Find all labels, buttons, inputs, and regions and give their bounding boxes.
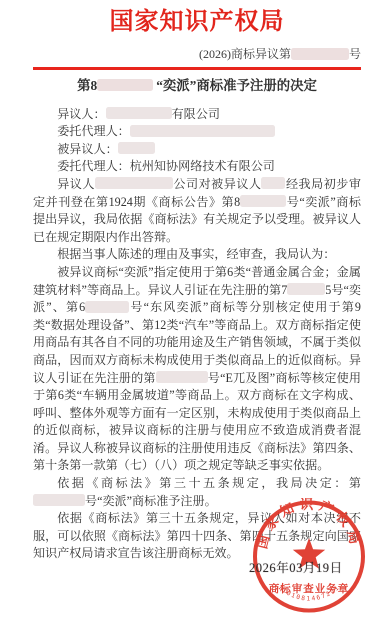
redaction-blur [33, 494, 85, 506]
paragraph: 根据当事人陈述的理由及事实，经审查，我局认为： [33, 246, 361, 264]
text-run: 号“E兀及图”商标等核定使用于第6类“车辆用金属坡道”等商品上。双方商标在文字构… [33, 371, 361, 473]
text-run: 有限公司 [172, 107, 220, 121]
redaction-blur [95, 177, 173, 189]
doc-number: (2026)商标异议第号 [33, 47, 361, 61]
document-content: 国家知识产权局 (2026)商标异议第号 第8“奕派”商标准予注册的决定 异议人… [0, 0, 392, 563]
text-run: 依据《商标法》第三十五条规定，我局决定：第 [57, 476, 361, 490]
text-run: 异议人： [57, 107, 105, 121]
redaction-blur [240, 195, 286, 207]
redaction-blur [118, 142, 155, 154]
text-run: 委托代理人：杭州知协网络技术有限公司 [57, 159, 275, 173]
doc-number-prefix: (2026)商标异议第 [199, 47, 291, 61]
text-run: 公司对被异议人 [173, 177, 262, 191]
text-run: 委托代理人： [57, 124, 130, 138]
redaction-blur [85, 301, 129, 313]
redaction-blur [291, 48, 349, 60]
redaction-blur [130, 125, 275, 137]
decision-title-prefix: 第8 [77, 78, 97, 93]
red-divider [33, 67, 361, 70]
text-run: 异议人 [57, 177, 95, 191]
text-run: 被异议人： [57, 142, 117, 156]
paragraph: 委托代理人：杭州知协网络技术有限公司 [33, 158, 361, 176]
paragraph: 委托代理人： [33, 123, 361, 141]
redaction-blur [156, 371, 208, 383]
paragraph: 被异议商标“奕派”指定使用于第6类“普通金属合金；金属建筑材料”等商品上。异议人… [33, 264, 361, 475]
decision-title-suffix: “奕派”商标准予注册的决定 [156, 78, 317, 93]
doc-number-suffix: 号 [349, 47, 361, 61]
redaction-blur [261, 177, 285, 189]
redaction-blur [287, 283, 325, 295]
redaction-blur [106, 107, 172, 119]
paragraph: 被异议人： [33, 141, 361, 159]
paragraph: 异议人公司对被异议人经我局初步审定并刊登在第1924期《商标公告》第8号“奕派”… [33, 176, 361, 246]
seal-date: 2026年03月19日 [249, 557, 343, 576]
agency-title: 国家知识产权局 [33, 8, 361, 36]
text-run: 号“奕派”商标准予注册。 [85, 494, 217, 508]
text-run: 根据当事人陈述的理由及事实，经审查，我局认为： [57, 247, 335, 261]
document-page: 国家知识产权局 (2026)商标异议第号 第8“奕派”商标准予注册的决定 异议人… [0, 0, 392, 617]
redaction-blur [97, 79, 153, 91]
decision-body: 异议人：有限公司委托代理人：被异议人：委托代理人：杭州知协网络技术有限公司异议人… [33, 106, 361, 563]
decision-title: 第8“奕派”商标准予注册的决定 [33, 78, 361, 94]
paragraph: 异议人：有限公司 [33, 106, 361, 124]
